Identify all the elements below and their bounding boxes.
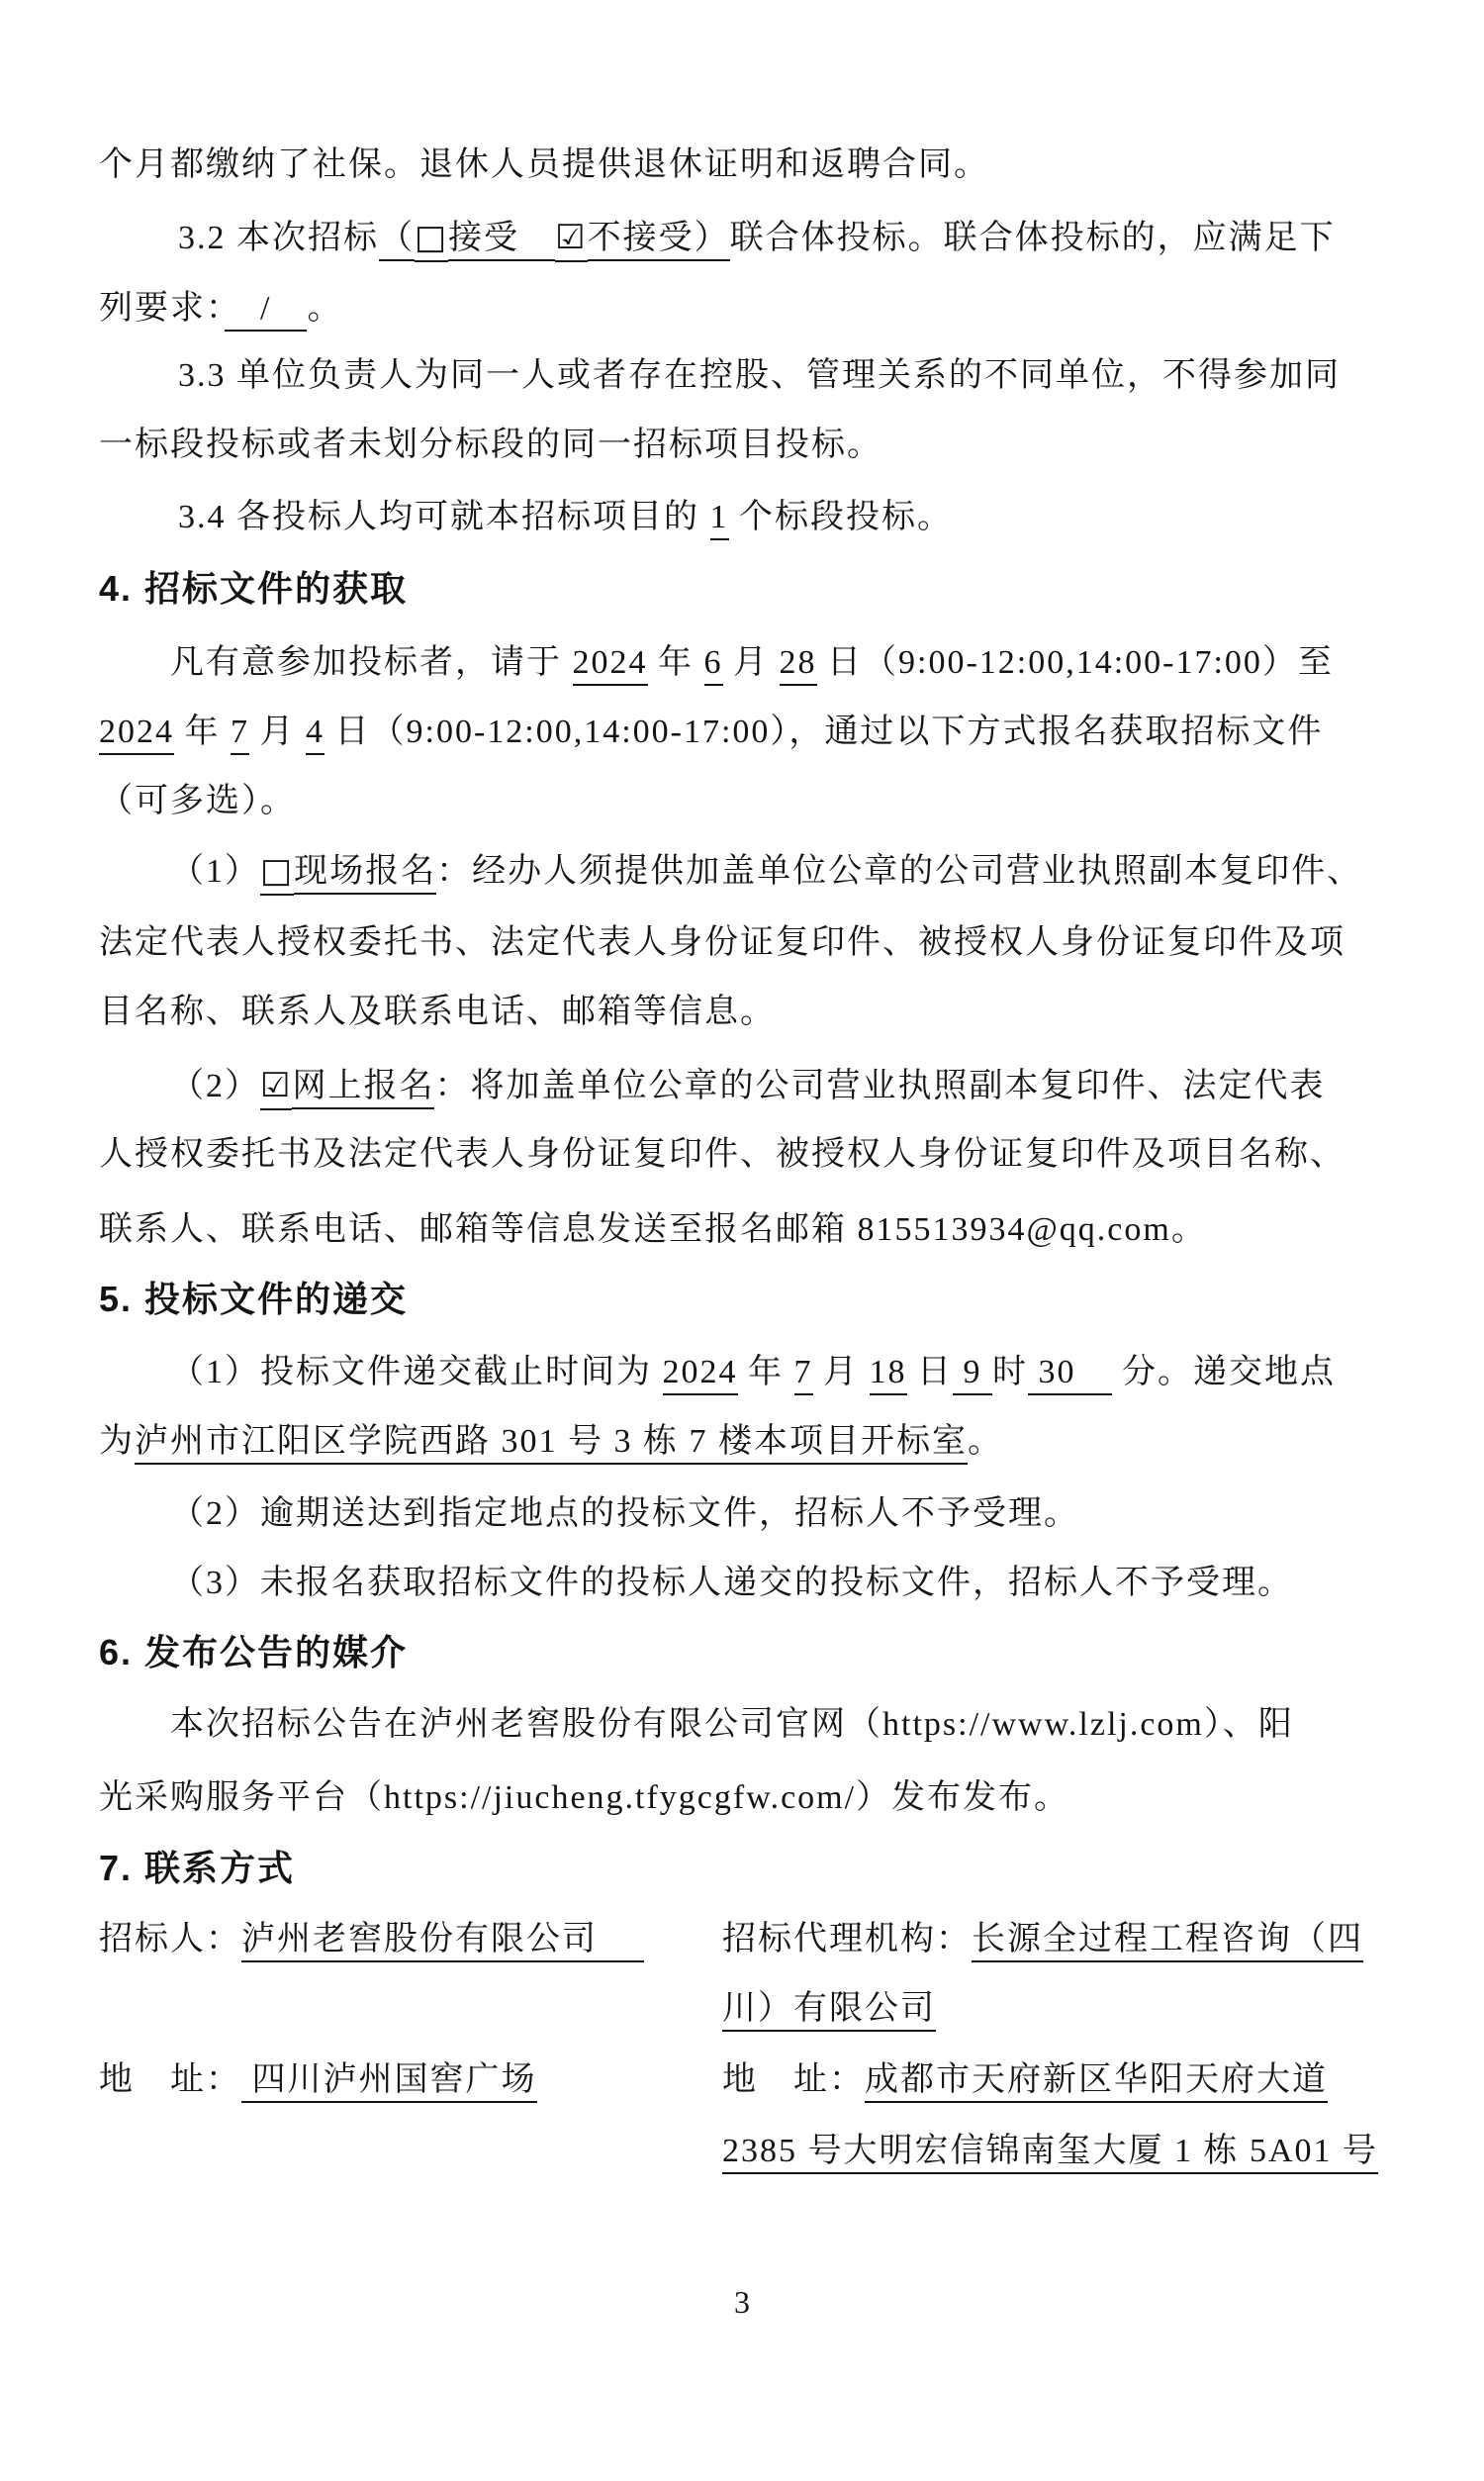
text-segment: 7 [794,1354,813,1395]
agency-address-line-1: 地 址：成都市天府新区华阳天府大道 [722,2058,1328,2102]
clause-3-3-line-2: 一标段投标或者未划分标段的同一招标项目投标。 [99,424,882,467]
text-segment: 川）有限公司 [722,1990,936,2032]
text-segment: 现场报名 [294,853,436,895]
text-segment: 2024 [573,644,648,686]
registration-onsite-line-1: （1）□现场报名：经办人须提供加盖单位公章的公司营业执照副本复印件、 [170,849,1362,894]
text-segment: 日 [907,1354,954,1390]
checkbox-checked-icon: ☑ [260,1066,292,1110]
text-segment: 地 址： [722,2061,865,2098]
checkbox-unchecked-icon: □ [260,851,294,896]
text-segment: （1）投标文件递交截止时间为 [170,1354,663,1390]
text-segment: 5. 投标文件的递交 [99,1279,408,1319]
agency-address-line-2: 2385 号大明宏信锦南玺大厦 1 栋 5A01 号 [722,2130,1378,2173]
clause-3-3-line-1: 3.3 单位负责人为同一人或者存在控股、管理关系的不同单位，不得参加同 [178,354,1341,398]
text-segment: 年 [174,714,231,750]
text-segment: 凡有意参加投标者，请于 [170,644,573,681]
text-segment: 成都市天府新区华阳天府大道 [865,2061,1328,2103]
checkbox-checked-icon: ☑ [555,218,587,262]
document-page: 3 个月都缴纳了社保。退休人员提供退休证明和返聘合同。3.2 本次招标（□接受 … [0,0,1484,2481]
text-segment: 月 [249,714,306,750]
section-4-heading: 4. 招标文件的获取 [99,567,408,611]
text-segment: 2024 [99,714,174,755]
text-segment: ：将加盖单位公章的公司营业执照副本复印件、法定代表 [434,1068,1325,1104]
text-segment: 联合体投标。联合体投标的，应满足下 [730,220,1336,256]
clause-3-4: 3.4 各投标人均可就本招标项目的 1 个标段投标。 [178,496,953,539]
text-segment: 招标代理机构： [722,1921,972,1957]
text-segment: 3.2 本次招标 [178,220,379,256]
section-6-heading: 6. 发布公告的媒介 [99,1631,408,1674]
text-segment: 网上报名 [292,1068,434,1109]
text-segment: 一标段投标或者未划分标段的同一招标项目投标。 [99,427,882,463]
section-4-paragraph-line-3: （可多选）。 [99,780,296,823]
text-segment: 1 [710,499,729,540]
text-segment: 28 [780,644,817,686]
text-segment: 联系人、联系电话、邮箱等信息发送至报名邮箱 815513934@qq.com。 [99,1211,1207,1248]
clause-3-2-line-2: 列要求： / 。 [99,287,342,331]
text-segment: 3.4 各投标人均可就本招标项目的 [178,499,710,535]
text-segment: 分。递交地点 [1112,1354,1337,1390]
clause-5-3: （3）未报名获取招标文件的投标人递交的投标文件，招标人不予受理。 [170,1562,1293,1605]
text-segment: 。 [307,290,342,327]
text-segment: （2） [170,1068,260,1104]
section-4-paragraph-line-2: 2024 年 7 月 4 日（9:00-12:00,14:00-17:00），通… [99,711,1323,754]
text-segment: 30 [1028,1354,1112,1395]
text-segment: 招标人： [99,1921,241,1957]
clause-5-2: （2）逾期送达到指定地点的投标文件，招标人不予受理。 [170,1492,1079,1536]
text-segment: 四川泸州国窖广场 [241,2061,537,2103]
registration-onsite-line-3: 目名称、联系人及联系电话、邮箱等信息。 [99,991,776,1034]
announcement-media-line-2: 光采购服务平台（https://jiucheng.tfygcgfw.com/）发… [99,1776,1069,1820]
text-segment: 2385 号大明宏信锦南玺大厦 1 栋 5A01 号 [722,2133,1378,2174]
text-segment: 时 [992,1354,1028,1390]
section-4-paragraph-line-1: 凡有意参加投标者，请于 2024 年 6 月 28 日（9:00-12:00,1… [170,641,1334,685]
text-segment: 7. 联系方式 [99,1848,295,1888]
text-segment: 地 址： [99,2061,241,2098]
section-7-heading: 7. 联系方式 [99,1847,295,1890]
page-number: 3 [0,2284,1484,2321]
text-segment: 本次招标公告在泸州老窖股份有限公司官网（https://www.lzlj.com… [170,1706,1294,1743]
text-segment: （3）未报名获取招标文件的投标人递交的投标文件，招标人不予受理。 [170,1565,1293,1601]
tenderer-name-line: 招标人：泸州老窖股份有限公司 [99,1918,644,1961]
tenderer-address-line: 地 址： 四川泸州国窖广场 [99,2058,537,2102]
registration-online-line-2: 人授权委托书及法定代表人身份证复印件、被授权人身份证复印件及项目名称、 [99,1133,1345,1177]
text-segment: 泸州老窖股份有限公司 [241,1921,644,1962]
text-segment: 人授权委托书及法定代表人身份证复印件、被授权人身份证复印件及项目名称、 [99,1136,1345,1173]
text-segment: 4. 招标文件的获取 [99,568,408,609]
clause-3-2-line-1: 3.2 本次招标（□接受 ☑不接受）联合体投标。联合体投标的，应满足下 [178,216,1336,260]
text-segment: 。 [968,1423,1003,1460]
announcement-media-line-1: 本次招标公告在泸州老窖股份有限公司官网（https://www.lzlj.com… [170,1703,1294,1747]
text-segment: 6. 发布公告的媒介 [99,1632,408,1672]
section-5-heading: 5. 投标文件的递交 [99,1278,408,1321]
submission-deadline-line-2: 为泸州市江阳区学院西路 301 号 3 栋 7 楼本项目开标室。 [99,1420,1003,1464]
registration-online-line-3: 联系人、联系电话、邮箱等信息发送至报名邮箱 815513934@qq.com。 [99,1208,1207,1252]
text-segment: 接受 [448,220,555,261]
text-segment: 3.3 单位负责人为同一人或者存在控股、管理关系的不同单位，不得参加同 [178,357,1341,394]
text-segment: 9 [953,1354,992,1395]
text-segment: 月 [813,1354,870,1390]
text-segment: 列要求： [99,290,225,327]
text-segment: 年 [648,644,704,681]
text-segment: 为 [99,1423,135,1460]
text-segment: 泸州市江阳区学院西路 301 号 3 栋 7 楼本项目开标室 [135,1423,968,1465]
text-segment: 月 [723,644,780,681]
text-segment: （1） [170,853,260,890]
text-segment: 7 [231,714,249,755]
text-segment: ：经办人须提供加盖单位公章的公司营业执照副本复印件、 [436,853,1362,890]
text-segment: 目名称、联系人及联系电话、邮箱等信息。 [99,994,776,1030]
text-segment: 6 [704,644,723,686]
text-segment: 日（9:00-12:00,14:00-17:00）至 [817,644,1334,681]
text-segment: 个月都缴纳了社保。退休人员提供退休证明和返聘合同。 [99,146,989,183]
text-segment: （ [379,220,415,261]
text-segment: / [225,290,307,332]
text-segment: 长源全过程工程咨询（四 [972,1921,1363,1962]
text-segment: （2）逾期送达到指定地点的投标文件，招标人不予受理。 [170,1495,1079,1532]
text-segment: 4 [306,714,325,755]
paragraph-social-insurance: 个月都缴纳了社保。退休人员提供退休证明和返聘合同。 [99,143,989,187]
text-segment: 日（9:00-12:00,14:00-17:00），通过以下方式报名获取招标文件 [325,714,1323,750]
text-segment: 年 [738,1354,794,1390]
text-segment: 个标段投标。 [729,499,954,535]
text-segment: 法定代表人授权委托书、法定代表人身份证复印件、被授权人身份证复印件及项 [99,924,1345,961]
submission-deadline-line-1: （1）投标文件递交截止时间为 2024 年 7 月 18 日 9 时 30 分。… [170,1351,1336,1394]
agency-name-line-1: 招标代理机构：长源全过程工程咨询（四 [722,1918,1363,1961]
registration-onsite-line-2: 法定代表人授权委托书、法定代表人身份证复印件、被授权人身份证复印件及项 [99,921,1345,965]
text-segment: （可多选）。 [99,783,296,819]
checkbox-unchecked-icon: □ [415,218,448,262]
text-segment: 光采购服务平台（https://jiucheng.tfygcgfw.com/）发… [99,1779,1069,1816]
text-segment: 18 [870,1354,907,1395]
agency-name-line-2: 川）有限公司 [722,1987,936,2031]
text-segment: 2024 [663,1354,738,1395]
text-segment: 不接受） [588,220,730,261]
registration-online-line-1: （2）☑网上报名：将加盖单位公章的公司营业执照副本复印件、法定代表 [170,1064,1325,1108]
